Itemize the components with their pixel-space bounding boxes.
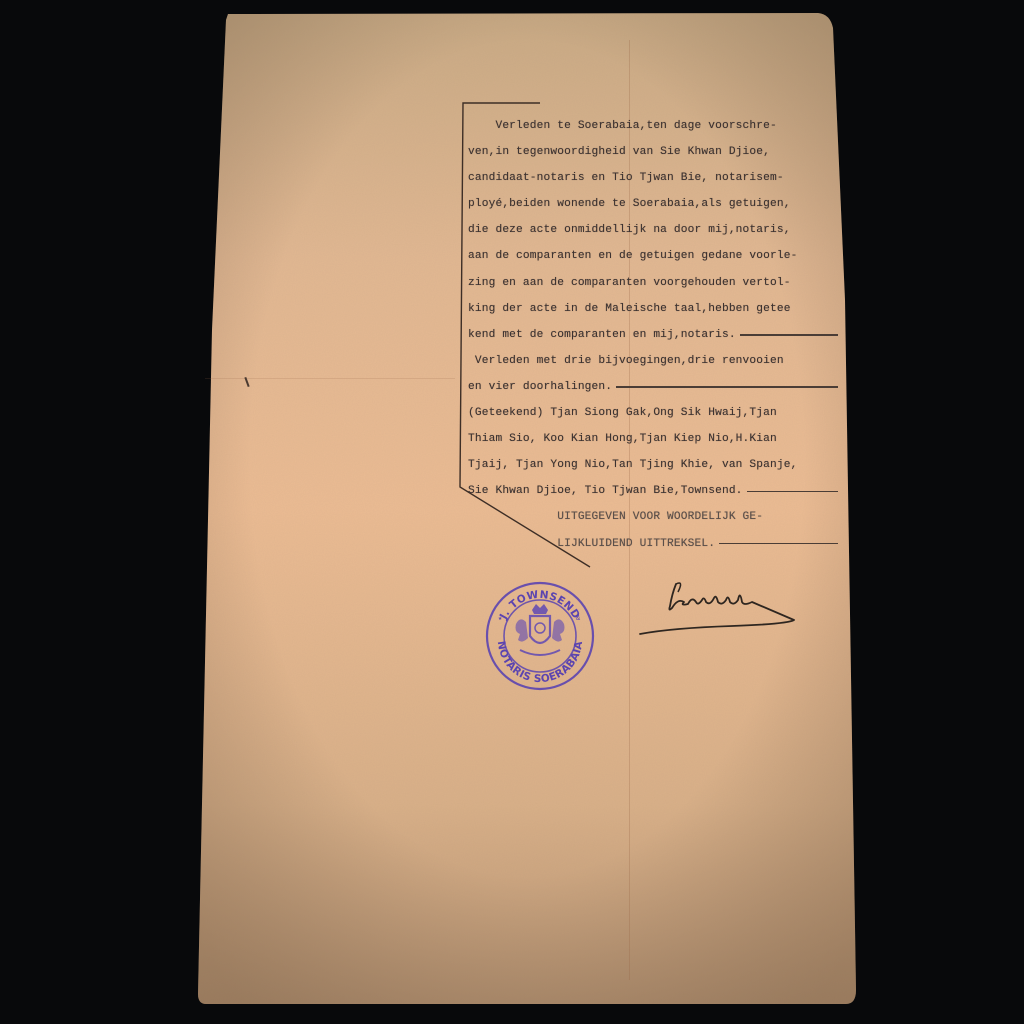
fill-rule-line: [719, 543, 838, 545]
deed-text-content: ven,in tegenwoordigheid van Sie Khwan Dj…: [468, 146, 770, 158]
deed-text-content: Sie Khwan Djioe, Tio Tjwan Bie,Townsend.: [468, 485, 743, 497]
deed-text-line: candidaat-notaris en Tio Tjwan Bie, nota…: [468, 165, 848, 191]
deed-text-content: Tjaij, Tjan Yong Nio,Tan Tjing Khie, van…: [468, 459, 797, 471]
deed-text-line: Verleden te Soerabaia,ten dage voorschre…: [468, 113, 848, 139]
deed-text-line: Tjaij, Tjan Yong Nio,Tan Tjing Khie, van…: [468, 452, 848, 478]
deed-text-line: zing en aan de comparanten voorgehouden …: [468, 270, 848, 296]
deed-text-content: Verleden te Soerabaia,ten dage voorschre…: [468, 120, 777, 132]
deed-text: Verleden te Soerabaia,ten dage voorschre…: [468, 113, 848, 557]
deed-text-content: kend met de comparanten en mij,notaris.: [468, 329, 736, 341]
deed-text-line: Thiam Sio, Koo Kian Hong,Tjan Kiep Nio,H…: [468, 426, 848, 452]
fold-line-horizontal: [205, 378, 455, 379]
deed-text-line: aan de comparanten en de getuigen gedane…: [468, 243, 848, 269]
deed-text-line: kend met de comparanten en mij,notaris.: [468, 322, 848, 348]
deed-text-content: en vier doorhalingen.: [468, 381, 612, 393]
deed-text-content: die deze acte onmiddellijk na door mij,n…: [468, 224, 791, 236]
deed-text-line: ployé,beiden wonende te Soerabaia,als ge…: [468, 191, 848, 217]
deed-text-content: Thiam Sio, Koo Kian Hong,Tjan Kiep Nio,H…: [468, 433, 777, 445]
deed-text-line: LIJKLUIDEND UITTREKSEL.: [468, 531, 848, 557]
coat-of-arms-icon: [516, 604, 565, 655]
deed-text-content: UITGEGEVEN VOOR WOORDELIJK GE-: [468, 511, 763, 523]
deed-text-line: Sie Khwan Djioe, Tio Tjwan Bie,Townsend.: [468, 478, 848, 504]
deed-text-line: Verleden met drie bijvoegingen,drie renv…: [468, 348, 848, 374]
deed-text-line: king der acte in de Maleische taal,hebbe…: [468, 296, 848, 322]
fill-rule-line: [740, 334, 838, 336]
deed-text-content: ployé,beiden wonende te Soerabaia,als ge…: [468, 198, 791, 210]
notary-signature: [632, 572, 812, 642]
deed-text-content: (Geteekend) Tjan Siong Gak,Ong Sik Hwaij…: [468, 407, 777, 419]
deed-text-line: (Geteekend) Tjan Siong Gak,Ong Sik Hwaij…: [468, 400, 848, 426]
deed-text-line: en vier doorhalingen.: [468, 374, 848, 400]
fill-rule-line: [616, 386, 838, 388]
stamp-star-icon: &: [576, 615, 581, 623]
document-photo: Verleden te Soerabaia,ten dage voorschre…: [0, 0, 1024, 1024]
deed-text-content: LIJKLUIDEND UITTREKSEL.: [468, 538, 715, 550]
deed-text-line: die deze acte onmiddellijk na door mij,n…: [468, 217, 848, 243]
deed-text-content: king der acte in de Maleische taal,hebbe…: [468, 303, 791, 315]
fill-rule-line: [747, 491, 838, 493]
notary-stamp: J. TOWNSEND NOTARIS SOERABAIA ★ &: [484, 580, 596, 692]
deed-text-content: aan de comparanten en de getuigen gedane…: [468, 250, 797, 262]
deed-text-content: candidaat-notaris en Tio Tjwan Bie, nota…: [468, 172, 784, 184]
deed-text-line: ven,in tegenwoordigheid van Sie Khwan Dj…: [468, 139, 848, 165]
deed-text-line: UITGEGEVEN VOOR WOORDELIJK GE-: [468, 504, 848, 530]
deed-text-content: Verleden met drie bijvoegingen,drie renv…: [468, 355, 784, 367]
deed-text-content: zing en aan de comparanten voorgehouden …: [468, 277, 791, 289]
